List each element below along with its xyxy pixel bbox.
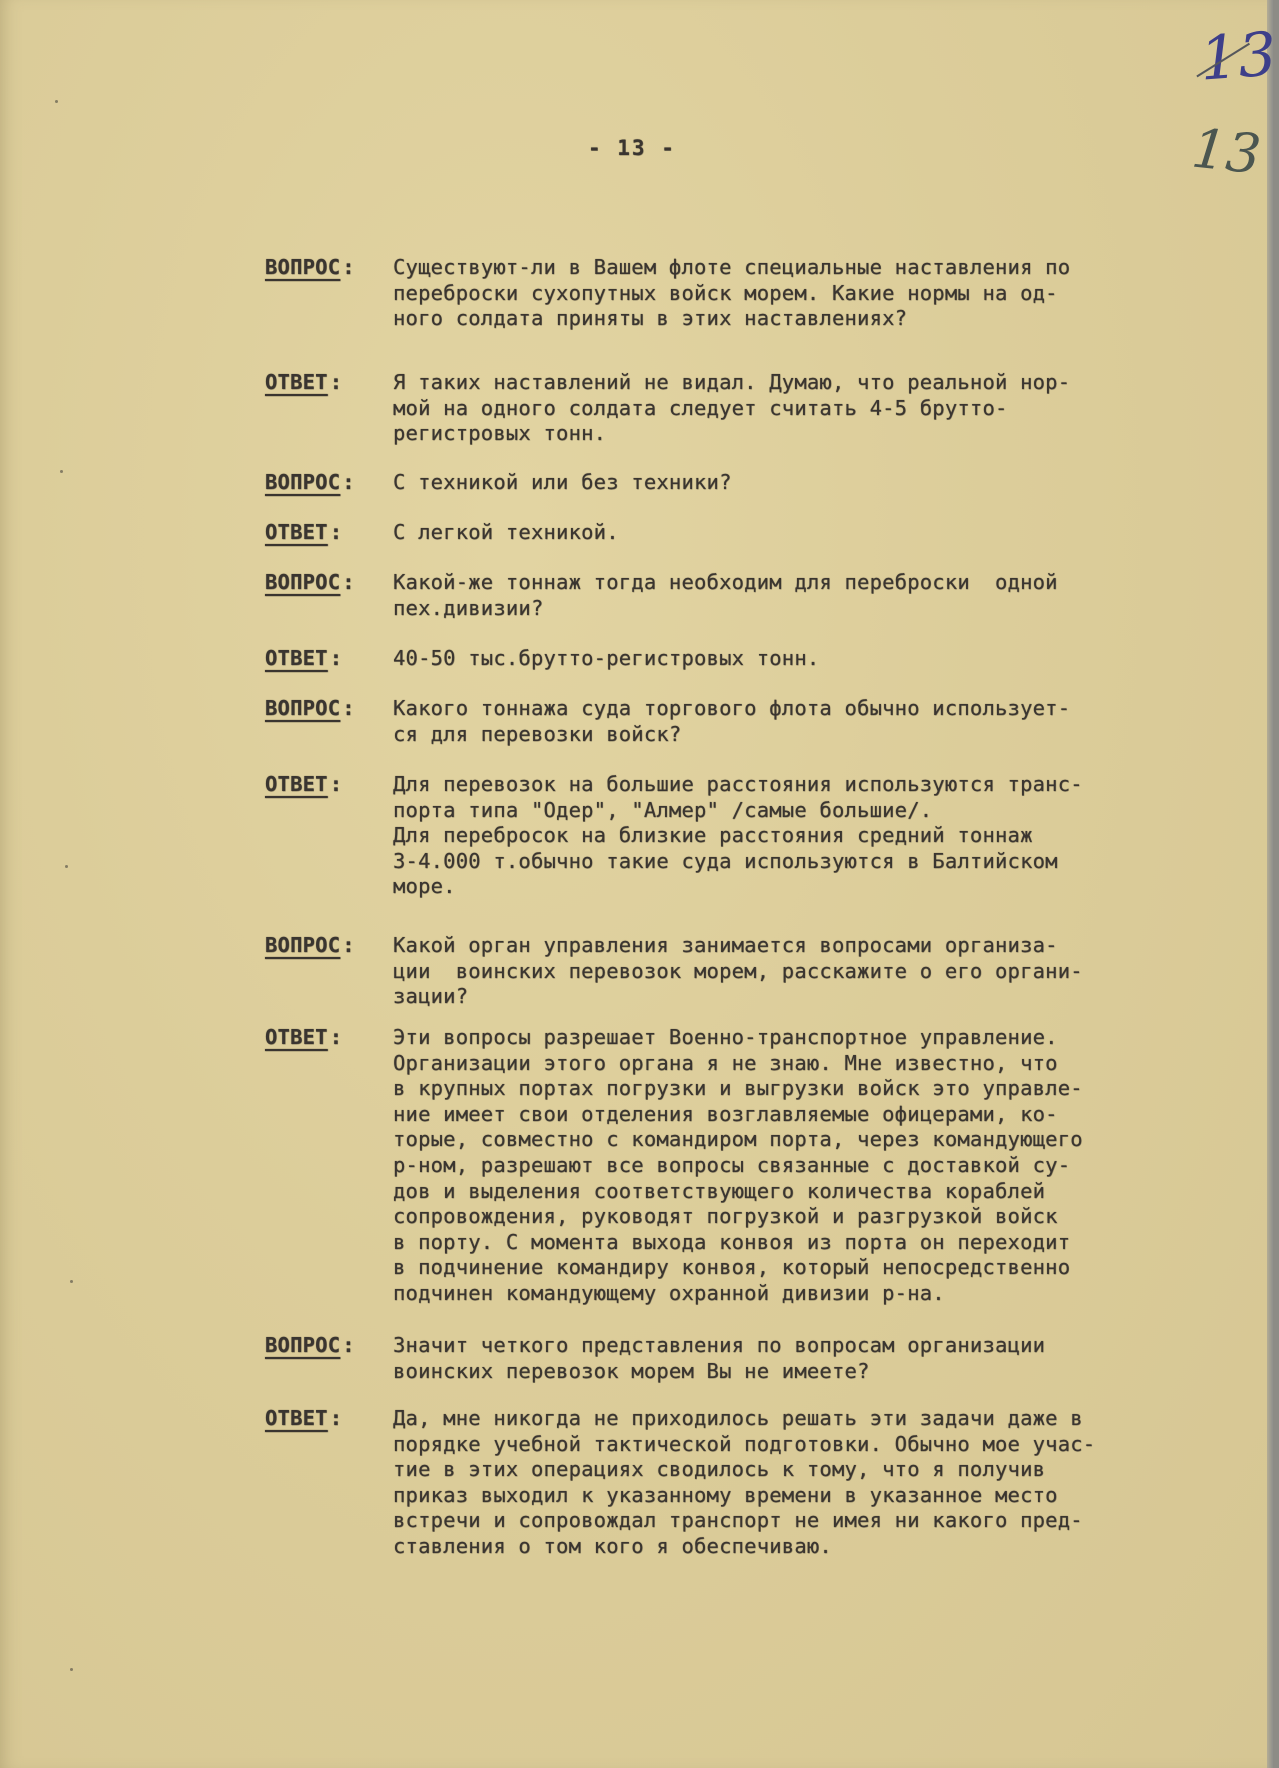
handwritten-folio-number-top: 13 bbox=[1198, 19, 1279, 94]
text-line: Какого тоннажа суда торгового флота обыч… bbox=[393, 696, 1263, 722]
text-line: С техникой или без техники? bbox=[393, 470, 1263, 496]
text-line: мой на одного солдата следует считать 4-… bbox=[393, 396, 1263, 422]
text-line: Существуют-ли в Вашем флоте специальные … bbox=[393, 255, 1263, 281]
entry-text: Какого тоннажа суда торгового флота обыч… bbox=[393, 696, 1263, 747]
label-text: ОТВЕТ bbox=[265, 772, 328, 796]
text-line: Значит четкого представления по вопросам… bbox=[393, 1333, 1263, 1359]
page-number: - 13 - bbox=[588, 136, 676, 160]
text-line: ние имеет свои отделения возглавляемые о… bbox=[393, 1102, 1263, 1128]
label-text: ОТВЕТ bbox=[265, 1406, 328, 1430]
label-text: ВОПРОС bbox=[265, 255, 340, 279]
paper-speck bbox=[60, 470, 63, 473]
text-line: ного солдата приняты в этих наставлениях… bbox=[393, 306, 1263, 332]
question-label: ВОПРОС: bbox=[265, 933, 355, 959]
paper-speck bbox=[55, 100, 58, 103]
text-line: порядке учебной тактической подготовки. … bbox=[393, 1432, 1263, 1458]
question-label: ВОПРОС: bbox=[265, 255, 355, 281]
label-colon: : bbox=[330, 1025, 343, 1051]
text-line: воинских перевозок морем Вы не имеете? bbox=[393, 1359, 1263, 1385]
label-colon: : bbox=[330, 520, 343, 546]
text-line: порта типа "Одер", "Алмер" /самые больши… bbox=[393, 798, 1263, 824]
text-line: ся для перевозки войск? bbox=[393, 722, 1263, 748]
entry-text: 40-50 тыс.брутто-регистровых тонн. bbox=[393, 646, 1263, 672]
label-text: ОТВЕТ bbox=[265, 646, 328, 670]
text-line: приказ выходил к указанному времени в ук… bbox=[393, 1483, 1263, 1509]
entry-text: Какой орган управления занимается вопрос… bbox=[393, 933, 1263, 1010]
text-line: тие в этих операциях сводилось к тому, ч… bbox=[393, 1457, 1263, 1483]
label-colon: : bbox=[342, 1333, 355, 1359]
text-line: С легкой техникой. bbox=[393, 520, 1263, 546]
label-text: ОТВЕТ bbox=[265, 370, 328, 394]
text-line: регистровых тонн. bbox=[393, 421, 1263, 447]
label-colon: : bbox=[330, 370, 343, 396]
text-line: подчинен командующему охранной дивизии р… bbox=[393, 1281, 1263, 1307]
label-colon: : bbox=[330, 1406, 343, 1432]
answer-label: ОТВЕТ: bbox=[265, 1406, 342, 1432]
entry-text: Да, мне никогда не приходилось решать эт… bbox=[393, 1406, 1263, 1560]
question-label: ВОПРОС: bbox=[265, 696, 355, 722]
question-label: ВОПРОС: bbox=[265, 1333, 355, 1359]
text-line: в порту. С момента выхода конвоя из порт… bbox=[393, 1230, 1263, 1256]
text-line: 40-50 тыс.брутто-регистровых тонн. bbox=[393, 646, 1263, 672]
entry-text: С легкой техникой. bbox=[393, 520, 1263, 546]
label-text: ОТВЕТ bbox=[265, 1025, 328, 1049]
answer-label: ОТВЕТ: bbox=[265, 772, 342, 798]
question-label: ВОПРОС: bbox=[265, 570, 355, 596]
answer-label: ОТВЕТ: bbox=[265, 370, 342, 396]
text-line: Я таких наставлений не видал. Думаю, что… bbox=[393, 370, 1263, 396]
label-colon: : bbox=[330, 646, 343, 672]
text-line: зации? bbox=[393, 984, 1263, 1010]
entry-text: Эти вопросы разрешает Военно-транспортно… bbox=[393, 1025, 1263, 1307]
text-line: сопровождения, руководят погрузкой и раз… bbox=[393, 1204, 1263, 1230]
entry-text: Я таких наставлений не видал. Думаю, что… bbox=[393, 370, 1263, 447]
text-line: Для перевозок на большие расстояния испо… bbox=[393, 772, 1263, 798]
entry-text: Существуют-ли в Вашем флоте специальные … bbox=[393, 255, 1263, 332]
text-line: ции воинских перевозок морем, расскажите… bbox=[393, 959, 1263, 985]
label-text: ВОПРОС bbox=[265, 696, 340, 720]
label-text: ВОПРОС bbox=[265, 1333, 340, 1357]
label-colon: : bbox=[342, 696, 355, 722]
question-label: ВОПРОС: bbox=[265, 470, 355, 496]
label-colon: : bbox=[330, 772, 343, 798]
label-text: ВОПРОС bbox=[265, 570, 340, 594]
paper-speck bbox=[70, 1668, 73, 1671]
label-colon: : bbox=[342, 570, 355, 596]
text-line: Какой-же тоннаж тогда необходим для пере… bbox=[393, 570, 1263, 596]
text-line: р-ном, разрешают все вопросы связанные с… bbox=[393, 1153, 1263, 1179]
text-line: 3-4.000 т.обычно такие суда используются… bbox=[393, 849, 1263, 875]
text-line: Организации этого органа я не знаю. Мне … bbox=[393, 1051, 1263, 1077]
answer-label: ОТВЕТ: bbox=[265, 520, 342, 546]
entry-text: Для перевозок на большие расстояния испо… bbox=[393, 772, 1263, 900]
label-colon: : bbox=[342, 933, 355, 959]
text-line: в крупных портах погрузки и выгрузки вой… bbox=[393, 1076, 1263, 1102]
text-line: встречи и сопровождал транспорт не имея … bbox=[393, 1508, 1263, 1534]
label-text: ВОПРОС bbox=[265, 933, 340, 957]
text-line: пех.дивизии? bbox=[393, 596, 1263, 622]
handwritten-folio-number: 13 bbox=[1189, 117, 1264, 187]
text-line: переброски сухопутных войск морем. Какие… bbox=[393, 281, 1263, 307]
text-line: дов и выделения соответствующего количес… bbox=[393, 1179, 1263, 1205]
text-line: Какой орган управления занимается вопрос… bbox=[393, 933, 1263, 959]
text-line: в подчинение командиру конвоя, который н… bbox=[393, 1255, 1263, 1281]
label-text: ВОПРОС bbox=[265, 470, 340, 494]
label-colon: : bbox=[342, 470, 355, 496]
text-line: ставления о том кого я обеспечиваю. bbox=[393, 1534, 1263, 1560]
text-line: Эти вопросы разрешает Военно-транспортно… bbox=[393, 1025, 1263, 1051]
label-text: ОТВЕТ bbox=[265, 520, 328, 544]
answer-label: ОТВЕТ: bbox=[265, 646, 342, 672]
scan-edge bbox=[1267, 0, 1273, 1768]
text-line: торые, совместно с командиром порта, чер… bbox=[393, 1127, 1263, 1153]
text-line: Для перебросок на близкие расстояния сре… bbox=[393, 823, 1263, 849]
paper-speck bbox=[65, 865, 68, 868]
text-line: Да, мне никогда не приходилось решать эт… bbox=[393, 1406, 1263, 1432]
entry-text: Какой-же тоннаж тогда необходим для пере… bbox=[393, 570, 1263, 621]
entry-text: С техникой или без техники? bbox=[393, 470, 1263, 496]
label-colon: : bbox=[342, 255, 355, 281]
paper-speck bbox=[70, 1280, 73, 1283]
entry-text: Значит четкого представления по вопросам… bbox=[393, 1333, 1263, 1384]
answer-label: ОТВЕТ: bbox=[265, 1025, 342, 1051]
text-line: море. bbox=[393, 874, 1263, 900]
document-page: 13 13 - 13 - ВОПРОС:Существуют-ли в Ваше… bbox=[0, 0, 1273, 1768]
